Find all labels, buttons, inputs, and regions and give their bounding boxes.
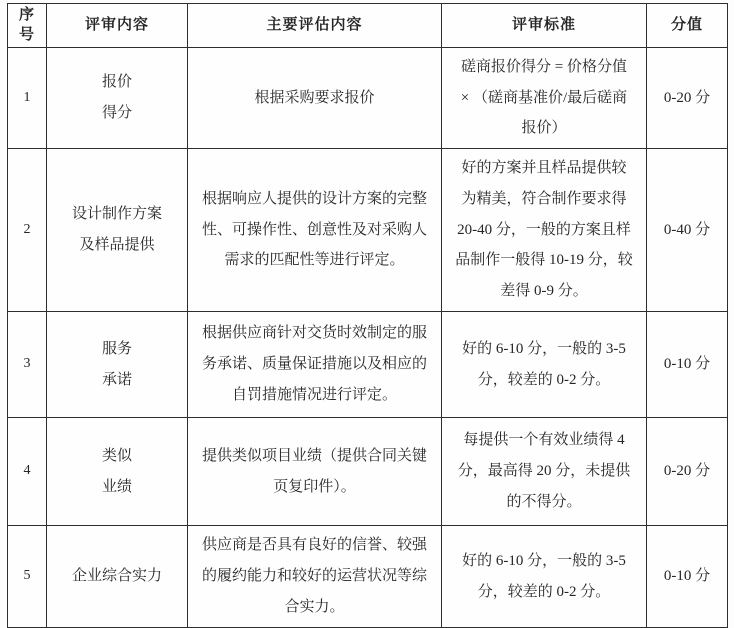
row-score: 0-10 分 (647, 312, 728, 418)
column-header-seq: 序号 (8, 4, 47, 48)
table-row: 5 企业综合实力 供应商是否具有良好的信誉、较强 的履约能力和较好的运营状况等综… (8, 526, 728, 618)
column-header-review-content: 评审内容 (47, 4, 188, 48)
row-main-evaluation: 根据采购要求报价 (188, 48, 442, 149)
evaluation-criteria-table: 序号 评审内容 主要评估内容 评审标准 分值 1 报价 得分 根据采购要求报价 … (7, 3, 728, 617)
table-row: 3 服务 承诺 根据供应商针对交货时效制定的服 务承诺、质量保证措施以及相应的 … (8, 312, 728, 418)
row-review-standard: 每提供一个有效业绩得 4 分，最高得 20 分，未提供 的不得分。 (442, 418, 647, 526)
row-seq: 5 (8, 526, 47, 618)
row-main-evaluation: 根据响应人提供的设计方案的完整 性、可操作性、创意性及对采购人 需求的匹配性等进… (188, 149, 442, 312)
row-review-standard: 好的 6-10 分，一般的 3-5 分，较差的 0-2 分。 (442, 312, 647, 418)
table-row: 2 设计制作方案 及样品提供 根据响应人提供的设计方案的完整 性、可操作性、创意… (8, 149, 728, 312)
row-main-evaluation: 根据供应商针对交货时效制定的服 务承诺、质量保证措施以及相应的 自罚措施情况进行… (188, 312, 442, 418)
row-score: 0-10 分 (647, 526, 728, 618)
column-header-main-evaluation: 主要评估内容 (188, 4, 442, 48)
row-review-content: 设计制作方案 及样品提供 (47, 149, 188, 312)
row-seq: 1 (8, 48, 47, 149)
column-header-review-standard: 评审标准 (442, 4, 647, 48)
row-main-evaluation: 提供类似项目业绩（提供合同关键 页复印件）。 (188, 418, 442, 526)
table-row: 1 报价 得分 根据采购要求报价 磋商报价得分 = 价格分值 × （磋商基准价/… (8, 48, 728, 149)
row-main-evaluation: 供应商是否具有良好的信誉、较强 的履约能力和较好的运营状况等综 合实力。 (188, 526, 442, 618)
row-review-standard: 好的 6-10 分，一般的 3-5 分，较差的 0-2 分。 (442, 526, 647, 618)
table-row: 4 类似 业绩 提供类似项目业绩（提供合同关键 页复印件）。 每提供一个有效业绩… (8, 418, 728, 526)
column-header-score: 分值 (647, 4, 728, 48)
row-review-content: 报价 得分 (47, 48, 188, 149)
row-seq: 2 (8, 149, 47, 312)
row-review-standard: 磋商报价得分 = 价格分值 × （磋商基准价/最后磋商 报价） (442, 48, 647, 149)
row-seq: 4 (8, 418, 47, 526)
table-header-row: 序号 评审内容 主要评估内容 评审标准 分值 (8, 4, 728, 48)
row-score: 0-20 分 (647, 48, 728, 149)
row-score: 0-40 分 (647, 149, 728, 312)
row-review-standard: 好的方案并且样品提供较 为精美，符合制作要求得 20-40 分，一般的方案且样 … (442, 149, 647, 312)
row-review-content: 类似 业绩 (47, 418, 188, 526)
row-seq: 3 (8, 312, 47, 418)
row-review-content: 服务 承诺 (47, 312, 188, 418)
row-review-content: 企业综合实力 (47, 526, 188, 618)
row-score: 0-20 分 (647, 418, 728, 526)
